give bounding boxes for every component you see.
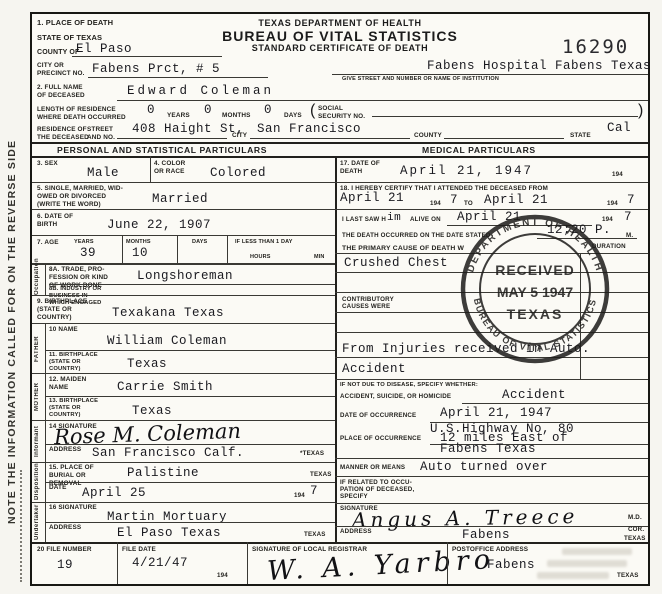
age-months-label: MONTHS — [126, 239, 151, 246]
age-min-label: MIN — [314, 254, 325, 261]
informant-address-value: San Francisco Calf. — [92, 446, 244, 460]
manner-label: MANNER OR MEANS — [340, 464, 405, 471]
county2-label: COUNTY — [414, 132, 442, 140]
mother-birthplace-value: Texas — [132, 404, 172, 418]
dept-header-line2: BUREAU OF VITAL STATISTICS — [32, 28, 648, 44]
marital-label: 5. SINGLE, MARRIED, WID- OWED OR DIVORCE… — [37, 185, 123, 209]
medical-section-header: MEDICAL PARTICULARS — [422, 145, 536, 155]
disposition-side-label: Disposition — [34, 464, 40, 500]
file-number-value: 19 — [57, 558, 73, 572]
physician-address-texas: TEXAS — [624, 535, 646, 542]
residence-months-value: 0 — [204, 103, 212, 117]
marital-value: Married — [152, 192, 208, 206]
margin-note: NOTE THE INFORMATION CALLED FOR ON THE R… — [6, 128, 18, 524]
informant-address-texas: *TEXAS — [300, 450, 324, 457]
occurrence-date-label: DATE OF OCCURRENCE — [340, 412, 416, 419]
attended-from-value: April 21 — [340, 191, 404, 205]
residence-length-label: LENGTH OF RESIDENCE WHERE DEATH OCCURRED — [37, 106, 126, 122]
margin-dotted-line — [20, 470, 22, 582]
related-label: IF RELATED TO OCCU- PATION OF DECEASED, … — [340, 479, 414, 500]
full-name-value: Edward Coleman — [127, 84, 274, 98]
sex-label: 3. SEX — [37, 160, 58, 168]
mother-birthplace-label: 13. BIRTHPLACE (STATE OR COUNTRY) — [49, 398, 98, 420]
occurrence-place-label: PLACE OF OCCURRENCE — [340, 435, 421, 442]
age-months-value: 10 — [132, 246, 148, 260]
occupation-side-label: Occupation — [34, 265, 40, 295]
postoffice-label: POSTOFFICE ADDRESS — [452, 546, 528, 554]
file-date-value: 4/21/47 — [132, 556, 188, 570]
father-birthplace-label: 11. BIRTHPLACE (STATE OR COUNTRY) — [49, 352, 98, 374]
burial-texas: TEXAS — [310, 471, 332, 478]
last-saw-him: im — [387, 212, 401, 224]
ash-label: ACCIDENT, SUICIDE, OR HOMICIDE — [340, 393, 451, 400]
age-label: 7. AGE — [37, 239, 59, 247]
stamp-received-text: RECEIVED — [495, 262, 575, 278]
city-value: San Francisco — [257, 122, 361, 136]
mother-side-label: MOTHER — [34, 375, 40, 419]
scan-smudge — [547, 560, 627, 567]
undertaker-address-texas: TEXAS — [304, 531, 326, 538]
institution-value: Fabens Hospital Fabens Texas — [427, 59, 651, 73]
burial-date-value: April 25 — [82, 486, 146, 500]
undertaker-address-value: El Paso Texas — [117, 526, 221, 540]
dod-year-prefix: 194 — [612, 171, 623, 178]
primary-cause-label: THE PRIMARY CAUSE OF DEATH W — [342, 245, 464, 252]
birthplace-label: 9. BIRTHPLACE (STATE OR COUNTRY) — [37, 298, 87, 322]
birth-date-value: June 22, 1907 — [107, 218, 211, 232]
trade-value: Longshoreman — [137, 269, 233, 283]
street-value: 408 Haight St, — [132, 122, 244, 136]
birthplace-value: Texakana Texas — [112, 306, 224, 320]
contributory-label: CONTRIBUTORY CAUSES WERE — [342, 296, 394, 310]
father-birthplace-value: Texas — [127, 357, 167, 371]
city-precinct-label: CITY OR PRECINCT NO. — [37, 62, 85, 78]
informant-address-label: ADDRESS — [49, 446, 81, 454]
scan-smudge — [562, 548, 632, 555]
state-label: STATE — [570, 132, 591, 140]
father-side-label: FATHER — [34, 325, 40, 373]
specify-label: IF NOT DUE TO DISEASE, SPECIFY WHETHER: — [340, 382, 478, 388]
occurrence-place-line3: Fabens Texas — [440, 442, 536, 456]
last-saw-label: I LAST SAW H — [342, 216, 386, 223]
burial-date-year: 7 — [310, 484, 318, 498]
days-label: DAYS — [284, 112, 302, 120]
file-date-year-prefix: 194 — [217, 572, 228, 579]
alive-on-label: ALIVE ON — [410, 216, 441, 223]
certificate-form: 1. PLACE OF DEATH STATE OF TEXAS COUNTY … — [30, 12, 650, 586]
informant-side-label: Informant — [34, 422, 40, 460]
city-label: CITY — [232, 132, 247, 140]
stamp-date-text: MAY 5 1947 — [497, 284, 573, 300]
occurrence-date-value: April 21, 1947 — [440, 406, 552, 420]
birth-date-label: 6. DATE OF BIRTH — [37, 213, 73, 229]
undertaker-signature-label: 16 SIGNATURE — [49, 504, 97, 512]
stamp-texas-text: TEXAS — [507, 306, 564, 322]
burial-date-year-prefix: 194 — [294, 492, 305, 499]
age-years-label: YEARS — [74, 239, 94, 246]
certificate-number: 16290 — [562, 36, 629, 58]
age-lessday-label: IF LESS THAN 1 DAY — [235, 239, 293, 246]
to-year-value: 7 — [627, 193, 635, 207]
father-name-label: 10 NAME — [49, 326, 78, 334]
burial-value: Palistine — [127, 466, 199, 480]
personal-section-header: PERSONAL AND STATISTICAL PARTICULARS — [57, 145, 267, 155]
mother-name-label: 12. MAIDEN NAME — [49, 376, 86, 392]
postoffice-value: Fabens — [487, 558, 535, 572]
contributory-line2: Accident — [342, 362, 406, 376]
race-label: 4. COLOR OR RACE — [154, 160, 185, 176]
years-label: YEARS — [167, 112, 190, 120]
received-stamp: DEPARTMENT OF HEALTH BUREAU OF VITAL STA… — [450, 204, 620, 374]
undertaker-address-label: ADDRESS — [49, 524, 81, 532]
dept-header-line3: STANDARD CERTIFICATE OF DEATH — [32, 43, 648, 53]
dept-header-line1: TEXAS DEPARTMENT OF HEALTH — [32, 18, 648, 28]
file-date-label: FILE DATE — [122, 546, 156, 554]
physician-address-label: ADDRESS — [340, 528, 372, 535]
sex-value: Male — [87, 166, 119, 180]
date-of-death-label: 17. DATE OF DEATH — [340, 160, 380, 176]
mother-name-value: Carrie Smith — [117, 380, 213, 394]
burial-date-label: DATE — [49, 484, 67, 492]
city-precinct-value: Fabens Prct, # 5 — [92, 62, 220, 76]
md-label: M.D. — [628, 514, 642, 521]
full-name-label: 2. FULL NAME OF DECEASED — [37, 84, 85, 100]
ash-value: Accident — [502, 388, 566, 402]
cor-label: COR. — [628, 526, 644, 533]
father-name-value: William Coleman — [107, 334, 227, 348]
scan-smudge — [537, 572, 609, 579]
institution-caption: GIVE STREET AND NUMBER OR NAME OF INSTIT… — [342, 76, 499, 82]
manner-value: Auto turned over — [420, 460, 548, 474]
race-value: Colored — [210, 166, 266, 180]
months-label: MONTHS — [222, 112, 251, 120]
physician-address-value: Fabens — [462, 528, 510, 542]
residence-days-value: 0 — [264, 103, 272, 117]
ssn-paren-open: ( — [310, 102, 315, 120]
age-days-label: DAYS — [192, 239, 207, 246]
ls-year-value: 7 — [624, 210, 632, 224]
age-years-value: 39 — [80, 246, 96, 260]
undertaker-side-label: Undertaker — [34, 504, 40, 540]
age-hours-label: HOURS — [250, 254, 271, 261]
ssn-paren-close: ) — [638, 102, 643, 120]
ssn-label: SOCIAL SECURITY NO. — [318, 105, 365, 121]
from-year-prefix: 194 — [430, 200, 441, 207]
death-certificate-scan: NOTE THE INFORMATION CALLED FOR ON THE R… — [0, 0, 662, 594]
residence-of-deceased-label: RESIDENCE OF THE DECEASED — [37, 126, 89, 142]
state-value: Cal — [607, 121, 631, 135]
residence-years-value: 0 — [147, 103, 155, 117]
file-number-label: 20 FILE NUMBER — [37, 546, 92, 554]
date-of-death-value: April 21, 1947 — [400, 164, 533, 178]
street-and-no-label: STREET AND NO. — [87, 126, 115, 142]
primary-cause-value: Crushed Chest — [344, 256, 448, 270]
postoffice-texas: TEXAS — [617, 572, 639, 579]
